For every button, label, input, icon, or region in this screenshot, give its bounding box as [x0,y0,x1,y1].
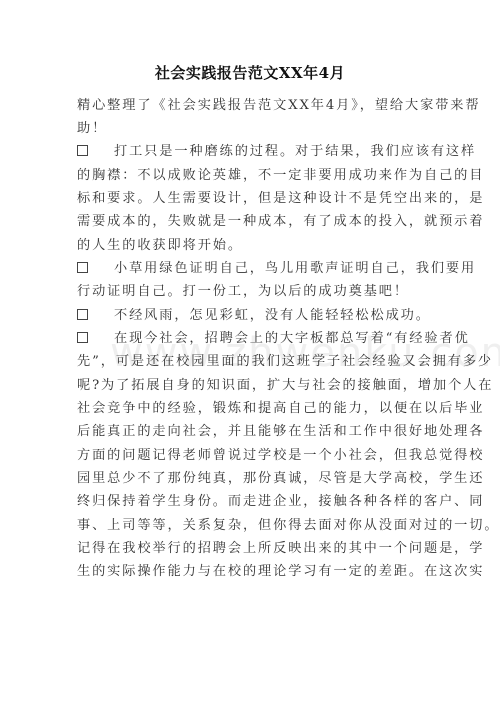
line-text: 方面的问题记得老师曾说过学校是一个小社会，但我总觉得校 [77,448,484,463]
line-text: 行动证明自己。打一份工，为以后的成功奠基吧！ [77,284,409,299]
text-line: 呢?为了拓展自身的知识面，扩大与社会的接触面，增加个人在 [77,376,422,396]
checkbox-bullet-icon [77,145,88,156]
text-line: 终归保持着学生身份。而走进企业，接触各种各样的客户、同 [77,492,422,512]
line-text: 需要成本的，失败就是一种成本，有了成本的投入，就预示着 [77,214,484,229]
line-text: 后能真正的走向社会，并且能够在生活和工作中很好地处理各 [77,424,484,439]
paragraph-start-line: 不经风雨，怎见彩虹，没有人能轻轻松松成功。 [77,306,422,326]
line-text: 打工只是一种磨练的过程。对于结果，我们应该有这样 [114,144,476,159]
line-text: 不经风雨，怎见彩虹，没有人能轻轻松松成功。 [114,308,431,323]
line-text: 终归保持着学生身份。而走进企业，接触各种各样的客户、同 [77,494,484,509]
text-line: 需要成本的，失败就是一种成本，有了成本的投入，就预示着 [77,212,422,232]
line-text: 精心整理了《社会实践报告范文XX年4月》，望给大家带来帮 [77,98,480,113]
line-text: 先”，可是还在校园里面的我们这班学子社会经验又会拥有多少 [77,354,493,369]
text-line: 助！ [77,119,422,139]
line-text: 在现今社会，招聘会上的大字板都总写着“有经验者优 [114,331,470,346]
text-line: 方面的问题记得老师曾说过学校是一个小社会，但我总觉得校 [77,446,422,466]
text-line: 行动证明自己。打一份工，为以后的成功奠基吧！ [77,282,422,302]
text-line: 记得在我校举行的招聘会上所反映出来的其中一个问题是，学 [77,539,422,559]
text-line: 的胸襟：不以成败论英雄，不一定非要用成功来作为自己的目 [77,166,422,186]
checkbox-bullet-icon [77,262,88,273]
text-line: 标和要求。人生需要设计，但是这种设计不是凭空出来的，是 [77,189,422,209]
text-line: 社会竞争中的经验，锻炼和提高自己的能力，以便在以后毕业 [77,399,422,419]
document-title: 社会实践报告范文XX年4月 [0,62,500,83]
text-line: 事、上司等等，关系复杂，但你得去面对你从没面对过的一切。 [77,516,422,536]
checkbox-bullet-icon [77,309,88,320]
line-text: 社会竞争中的经验，锻炼和提高自己的能力，以便在以后毕业 [77,401,484,416]
paragraph-start-line: 打工只是一种磨练的过程。对于结果，我们应该有这样 [77,142,422,162]
line-text: 记得在我校举行的招聘会上所反映出来的其中一个问题是，学 [77,541,484,556]
text-line: 后能真正的走向社会，并且能够在生活和工作中很好地处理各 [77,422,422,442]
paragraph-start-line: 在现今社会，招聘会上的大字板都总写着“有经验者优 [77,329,422,349]
document-page: 社会实践报告范文XX年4月 www.zhwenku.com 精心整理了《社会实践… [0,0,500,708]
line-text: 事、上司等等，关系复杂，但你得去面对你从没面对过的一切。 [77,518,499,533]
text-line: 的人生的收获即将开始。 [77,236,422,256]
paragraph-start-line: 小草用绿色证明自己，鸟儿用歌声证明自己，我们要用 [77,259,422,279]
text-line: 精心整理了《社会实践报告范文XX年4月》，望给大家带来帮 [77,96,422,116]
line-text: 助！ [77,121,107,136]
text-line: 生的实际操作能力与在校的理论学习有一定的差距。在这次实 [77,562,422,582]
line-text: 的人生的收获即将开始。 [77,238,243,253]
text-line: 先”，可是还在校园里面的我们这班学子社会经验又会拥有多少 [77,352,422,372]
line-text: 园里总少不了那份纯真，那份真诚，尽管是大学高校，学生还 [77,471,484,486]
checkbox-bullet-icon [77,332,88,343]
line-text: 小草用绿色证明自己，鸟儿用歌声证明自己，我们要用 [114,261,476,276]
line-text: 生的实际操作能力与在校的理论学习有一定的差距。在这次实 [77,564,484,579]
line-text: 标和要求。人生需要设计，但是这种设计不是凭空出来的，是 [77,191,484,206]
text-line: 园里总少不了那份纯真，那份真诚，尽管是大学高校，学生还 [77,469,422,489]
line-text: 呢?为了拓展自身的知识面，扩大与社会的接触面，增加个人在 [77,378,493,393]
line-text: 的胸襟：不以成败论英雄，不一定非要用成功来作为自己的目 [77,168,484,183]
